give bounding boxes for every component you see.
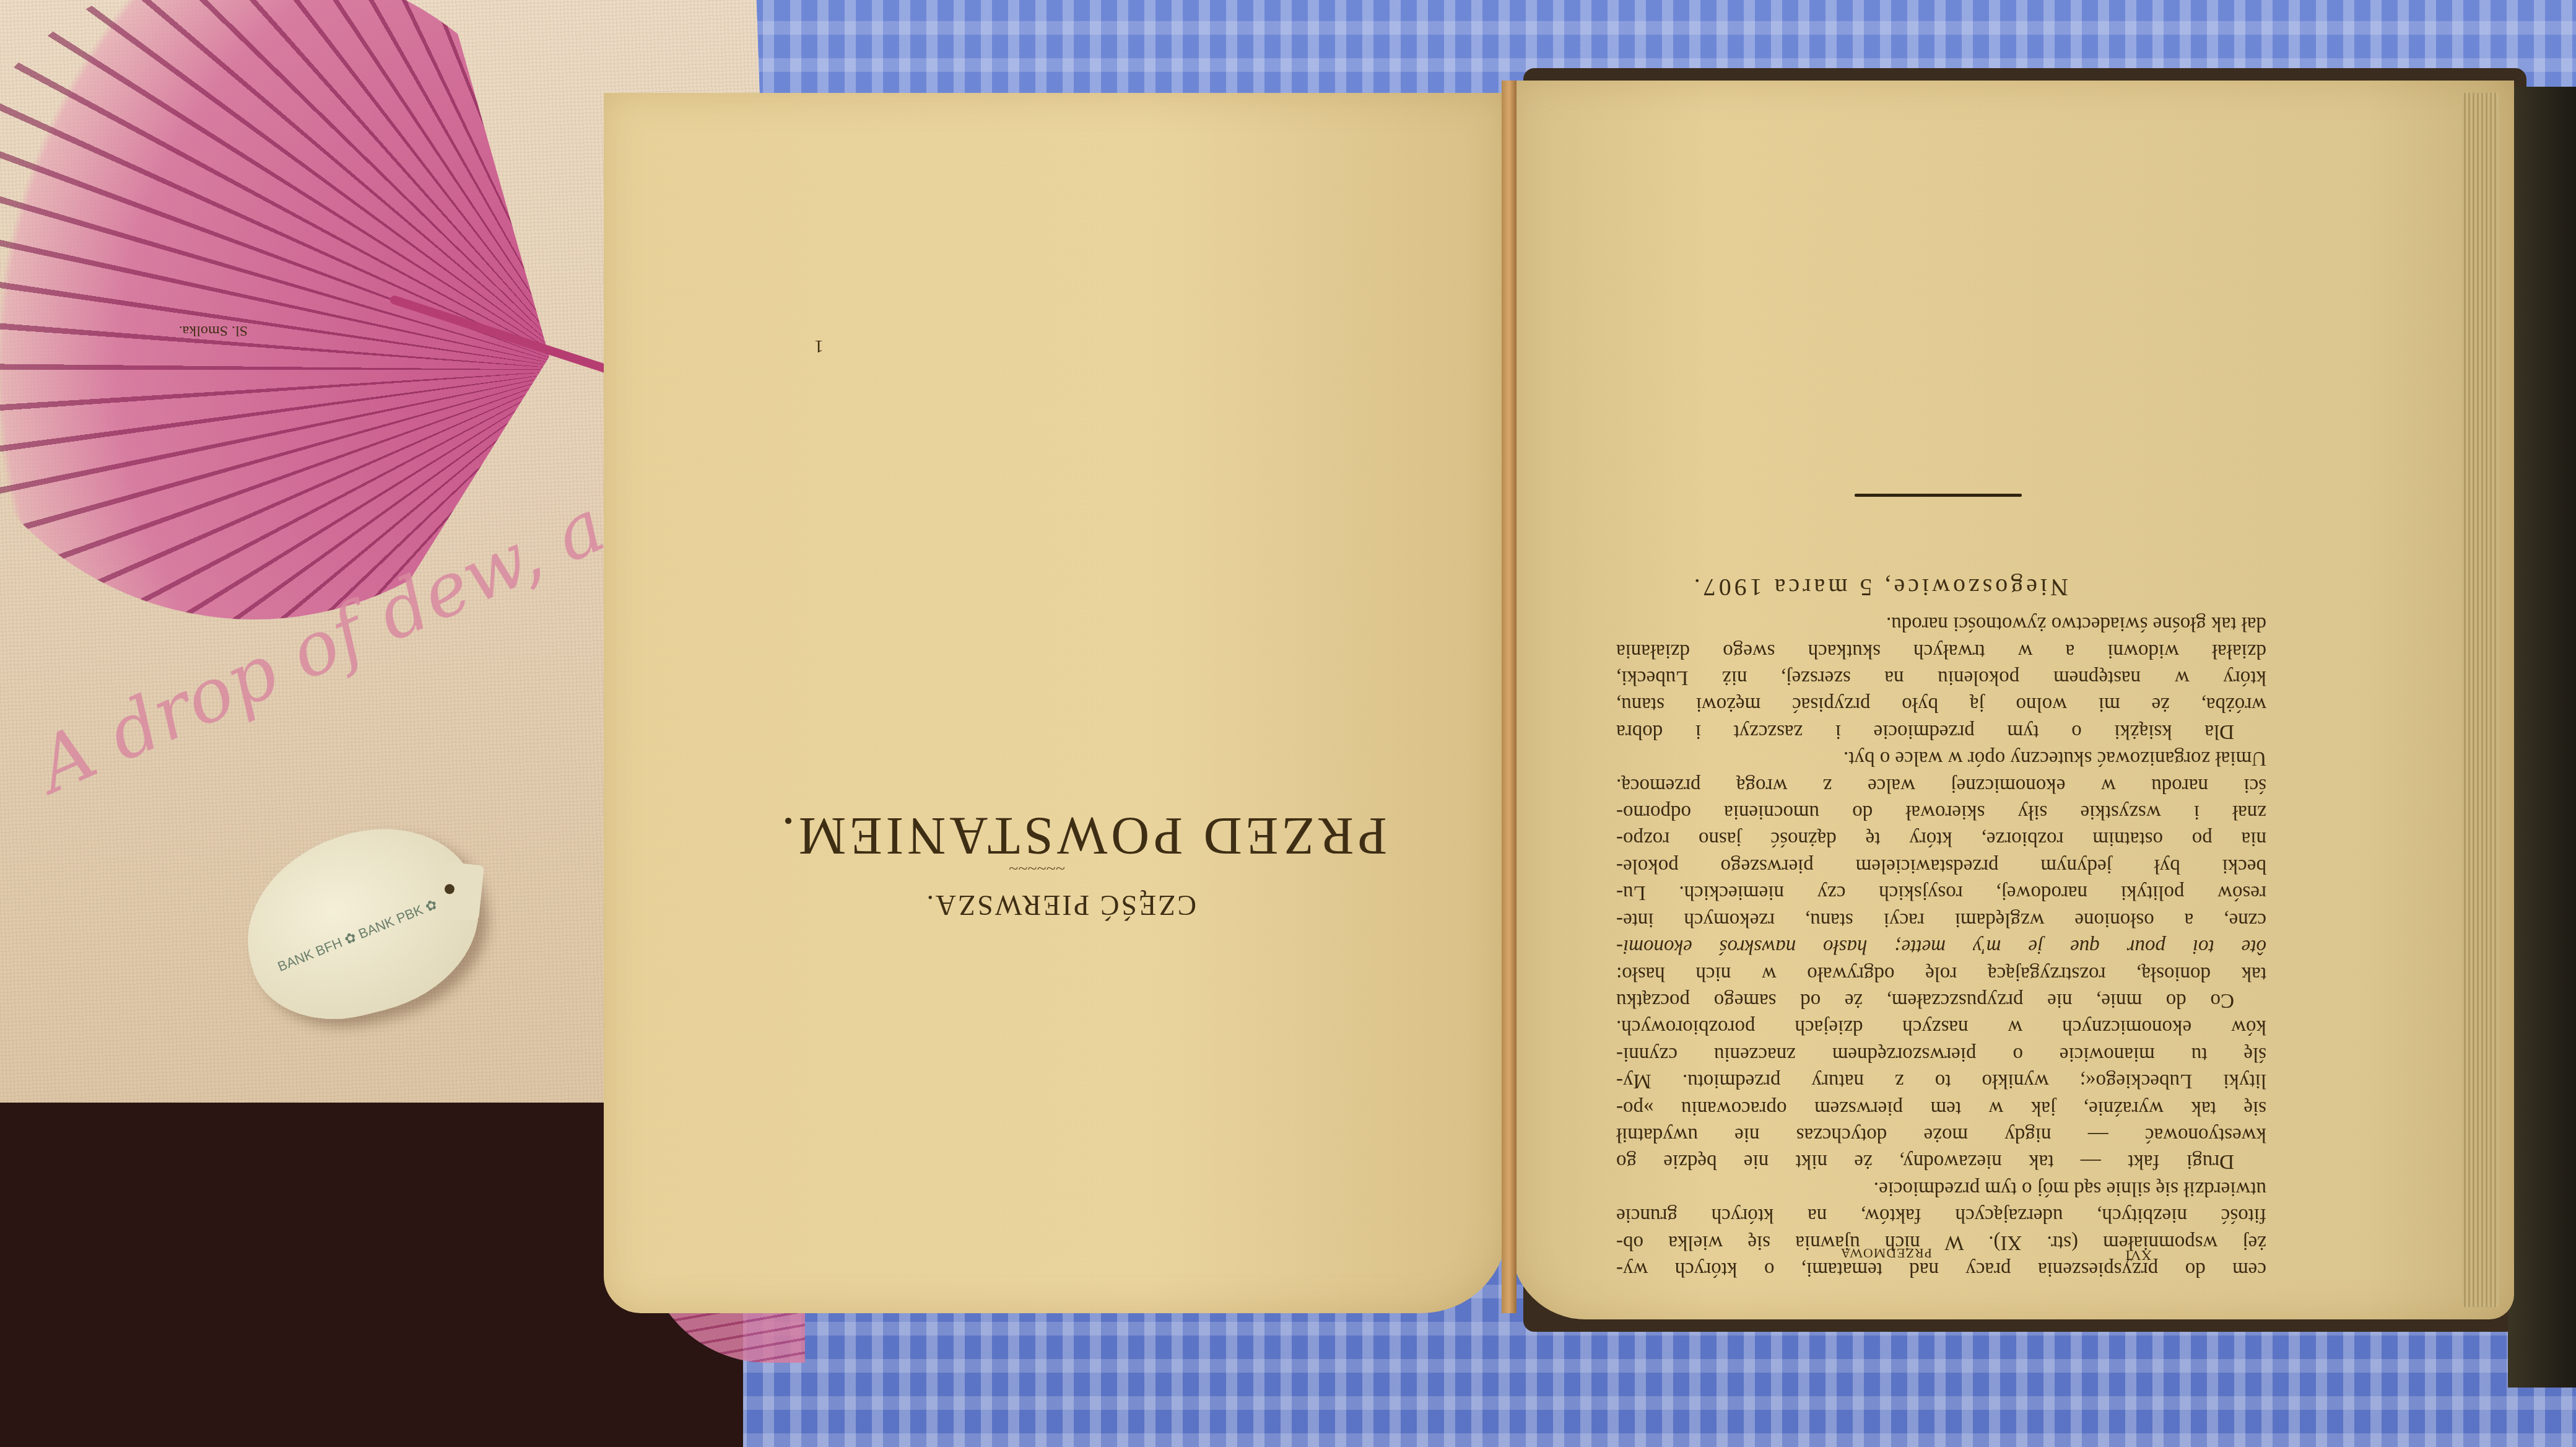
place-date: Niegoszowice, 5 marca 1907. [1827, 573, 2068, 602]
text-line: znał i wszystkie siły skierował do umocn… [1616, 798, 2266, 825]
text-line: ślę tu mianowicie o pierwszorzędnem znac… [1616, 1041, 2266, 1067]
text-line: cem do przyspieszenia pracy nad tematami… [1616, 1256, 2266, 1282]
running-author: Sl. Smolka. [186, 322, 248, 339]
page-edges [2461, 93, 2499, 1307]
text-line: becki był jedynym przedstawicielem pierw… [1616, 852, 2266, 879]
book-gutter [1502, 81, 1516, 1313]
page-number: XVI [2121, 1246, 2152, 1263]
text-line: dał tak głośne świadectwo żywotności nar… [1616, 610, 2266, 637]
separator-rule [1855, 494, 2022, 497]
text-line: który w następnem pokoleniu na szerszej,… [1616, 664, 2266, 691]
text-line: tak doniosłą, rozstrzygającą rolę odgryw… [1616, 960, 2266, 986]
running-head: PRZEDMOWA [1833, 1245, 1932, 1261]
tape-measure-label: BANK BFH ✿ BANK PBK ✿ [276, 896, 440, 975]
text-line: się tak wyraźnie, jak w tem pierwszem op… [1616, 1094, 2266, 1121]
text-line: kwestyonować — nigdy może dotychczas nie… [1616, 1121, 2266, 1148]
text-line: resów polityki narodowej, rosyjskich czy… [1616, 879, 2266, 906]
book-cover-edge [2508, 87, 2576, 1388]
text-line: czne, a osłonione względami racyi stanu,… [1616, 906, 2266, 932]
text-line: Dla książki o tym przedmiocie i zaszczyt… [1616, 718, 2266, 745]
text-line: ści narodu w ekonomicznej walce z wrogą … [1616, 771, 2266, 798]
text-line: lityki Lubeckiego«; wynikło to z natury … [1616, 1067, 2266, 1094]
text-line: ków ekonomicznych w naszych dziejach por… [1616, 1013, 2266, 1040]
text-line: Drugi fakt — tak niezawodny, że nikt nie… [1616, 1148, 2266, 1174]
preface-text: cem do przyspieszenia pracy nad tematami… [1616, 610, 2266, 1282]
text-line: nia po ostatnim rozbiorze, który tę dążn… [1616, 825, 2266, 852]
text-line: Umiał zorganizować skuteczny opór w walc… [1616, 745, 2266, 771]
title: PRZED POWSTANIEM. [916, 805, 1387, 867]
text-line: ôte toi pour que je m'y mette; hasło naw… [1616, 933, 2266, 960]
part-label: CZĘŚĆ PIERWSZA. [973, 889, 1196, 922]
ornament: ~~~~~~ [1028, 858, 1065, 878]
text-line: działał widowni a w trwałych skutkach sw… [1616, 637, 2266, 663]
text-line: fitość niezbitych, uderzających faktów, … [1616, 1202, 2266, 1228]
text-line: wróżba, że mi wolno ją było przypisać mę… [1616, 691, 2266, 717]
left-page [604, 93, 1508, 1313]
text-line: żej wspomniałem (str. XI). W nich ujawni… [1616, 1228, 2266, 1255]
text-line: Co do mnie, nie przypuszczałem, że od sa… [1616, 987, 2266, 1013]
text-line: utwierdził się silnie sąd mój o tym prze… [1616, 1175, 2266, 1202]
signature-number: 1 [805, 336, 824, 357]
